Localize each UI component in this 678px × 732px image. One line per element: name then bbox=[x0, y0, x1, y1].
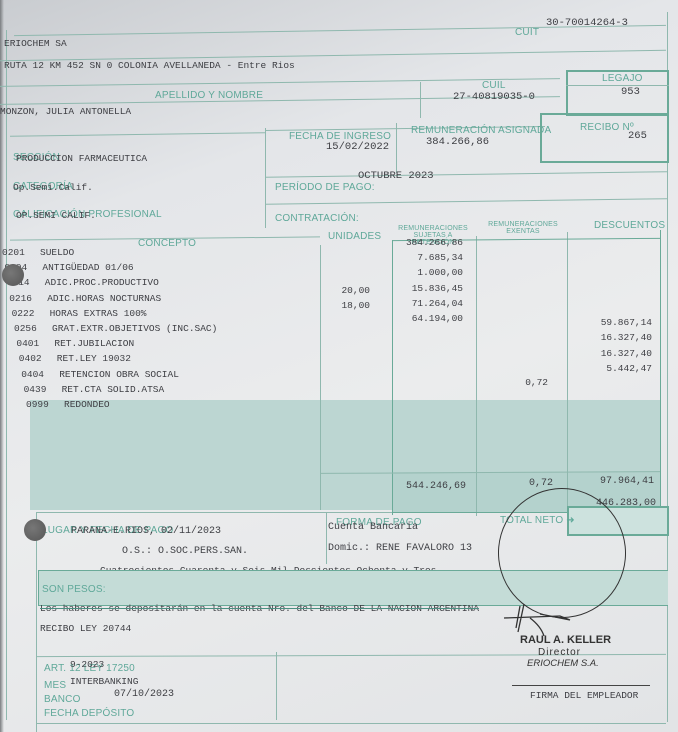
cuit-label: CUIT bbox=[515, 27, 539, 38]
law-note: RECIBO LEY 20744 bbox=[40, 623, 131, 634]
concept-code: 0999 bbox=[26, 399, 49, 410]
divider bbox=[6, 30, 7, 720]
name-label: APELLIDO Y NOMBRE bbox=[155, 90, 263, 101]
concept-name: RET.CTA SOLID.ATSA bbox=[62, 384, 165, 395]
receipt-label: RECIBO Nº bbox=[580, 122, 634, 133]
concept-code: 0256 bbox=[14, 323, 37, 334]
concept-taxable: 15.836,45 bbox=[385, 283, 463, 294]
concept-name: ADIC.HORAS NOCTURNAS bbox=[47, 293, 161, 304]
bank-label: BANCO bbox=[44, 694, 81, 705]
total-deductions: 97.964,41 bbox=[600, 476, 654, 487]
month-label: MES bbox=[44, 680, 66, 691]
deposit-date-label: FECHA DEPÓSITO bbox=[44, 708, 134, 719]
signatory-name: RAUL A. KELLER bbox=[520, 634, 611, 646]
header-exempt: REMUNERACIONES EXENTAS bbox=[482, 221, 564, 235]
concept-taxable: 71.264,04 bbox=[385, 298, 463, 309]
concept-deduction: 59.867,14 bbox=[570, 317, 652, 328]
concept-units: 18,00 bbox=[300, 300, 370, 311]
concept-taxable: 384.266,86 bbox=[385, 237, 463, 248]
period-value: OCTUBRE 2023 bbox=[358, 170, 434, 182]
divider bbox=[420, 82, 421, 118]
deposit-date-value: 07/10/2023 bbox=[114, 689, 174, 700]
total-exempt: 0,72 bbox=[529, 478, 553, 489]
concept-name: ADIC.PROC.PRODUCTIVO bbox=[45, 277, 159, 288]
concept-deduction: 16.327,40 bbox=[570, 332, 652, 343]
concept-code: 0201 bbox=[2, 247, 25, 258]
concept-taxable: 7.685,34 bbox=[385, 252, 463, 263]
header-units: UNIDADES bbox=[328, 231, 381, 242]
concept-code: 0404 bbox=[21, 369, 44, 380]
legajo-label: LEGAJO bbox=[602, 73, 643, 84]
divider bbox=[0, 78, 560, 87]
employer-name: ERIOCHEM SA bbox=[4, 38, 67, 49]
employee-name: MONZON, JULIA ANTONELLA bbox=[0, 106, 131, 117]
divider bbox=[276, 652, 277, 720]
period-label: PERÍODO DE PAGO: bbox=[275, 182, 375, 193]
concept-name: GRAT.EXTR.OBJETIVOS (INC.SAC) bbox=[52, 323, 217, 334]
concept-taxable: 64.194,00 bbox=[385, 313, 463, 324]
punch-hole bbox=[2, 264, 24, 286]
category-value: Op.Semi.Calif. bbox=[13, 182, 93, 193]
concept-units: 20,00 bbox=[300, 285, 370, 296]
deposit-month: 9-2023 bbox=[70, 659, 104, 670]
cuil-value: 27-40819035-0 bbox=[453, 91, 535, 103]
deposit-note: Los haberes se depositarán en la cuenta … bbox=[40, 603, 479, 614]
concept-deduction: 16.327,40 bbox=[570, 348, 652, 359]
divider bbox=[326, 512, 327, 564]
assigned-pay-label: REMUNERACIÓN ASIGNADA bbox=[411, 125, 551, 136]
divider bbox=[36, 512, 392, 513]
qualification-value: OP.SEMI CALIF. bbox=[16, 210, 96, 221]
concept-code: 0222 bbox=[12, 308, 35, 319]
payment-method-value: Cuenta Bancaria bbox=[328, 522, 418, 533]
concept-code: 0439 bbox=[24, 384, 47, 395]
concept-name: HORAS EXTRAS 100% bbox=[50, 308, 147, 319]
signatory-company: ERIOCHEM S.A. bbox=[527, 658, 599, 669]
concept-deduction: 5.442,47 bbox=[570, 363, 652, 374]
legajo-value: 953 bbox=[621, 86, 640, 98]
concept-name: RET.JUBILACION bbox=[54, 338, 134, 349]
divider bbox=[567, 232, 568, 517]
header-concept: CONCEPTO bbox=[138, 238, 196, 249]
concept-name: RETENCION OBRA SOCIAL bbox=[59, 369, 179, 380]
concept-name: SUELDO bbox=[40, 247, 74, 258]
divider bbox=[476, 236, 477, 516]
header-deductions: DESCUENTOS bbox=[594, 220, 665, 231]
concept-name: ANTIGÜEDAD 01/06 bbox=[42, 262, 133, 273]
receipt-value: 265 bbox=[628, 130, 647, 142]
signature-scribble-icon bbox=[500, 596, 580, 636]
concept-taxable: 1.000,00 bbox=[385, 267, 463, 278]
total-taxable: 544.246,69 bbox=[406, 481, 466, 492]
divider bbox=[10, 132, 265, 137]
divider bbox=[660, 230, 661, 520]
employer-address: RUTA 12 KM 452 SN 0 COLONIA AVELLANEDA -… bbox=[4, 60, 295, 71]
signatory-role: Director bbox=[538, 647, 581, 658]
concept-exempt: 0,72 bbox=[470, 377, 548, 388]
signature-label: FIRMA DEL EMPLEADOR bbox=[530, 690, 638, 701]
divider bbox=[392, 240, 393, 515]
contract-label: CONTRATACIÓN: bbox=[275, 213, 359, 224]
concept-code: 0402 bbox=[19, 353, 42, 364]
cuil-label: CUIL bbox=[482, 80, 506, 91]
divider bbox=[265, 198, 667, 205]
bank-value: INTERBANKING bbox=[70, 676, 138, 687]
divider bbox=[265, 128, 266, 228]
hire-date-value: 15/02/2022 bbox=[326, 141, 389, 153]
divider bbox=[396, 123, 397, 173]
divider bbox=[265, 171, 667, 178]
punch-hole bbox=[24, 519, 46, 541]
assigned-pay-value: 384.266,86 bbox=[426, 136, 489, 148]
cuit-value: 30-70014264-3 bbox=[546, 17, 628, 29]
concept-name: RET.LEY 19032 bbox=[57, 353, 131, 364]
concept-name: REDONDEO bbox=[64, 399, 110, 410]
employee-address: Domic.: RENE FAVALORO 13 bbox=[328, 543, 472, 554]
health-plan: O.S.: O.SOC.PERS.SAN. bbox=[122, 546, 248, 557]
divider bbox=[36, 723, 666, 724]
place-date-value: PARANA-E.RIOS, 02/11/2023 bbox=[71, 526, 221, 537]
pay-slip: ERIOCHEM SA CUIT 30-70014264-3 RUTA 12 K… bbox=[0, 0, 678, 732]
section-value: PRODUCCION FARMACEUTICA bbox=[16, 153, 147, 164]
receipt-box bbox=[540, 113, 669, 163]
signature-line bbox=[512, 685, 650, 686]
amount-words-label: SON PESOS: bbox=[42, 584, 106, 595]
divider bbox=[36, 512, 37, 732]
concept-code: 0401 bbox=[16, 338, 39, 349]
concept-code: 0216 bbox=[9, 293, 32, 304]
divider bbox=[566, 85, 669, 86]
